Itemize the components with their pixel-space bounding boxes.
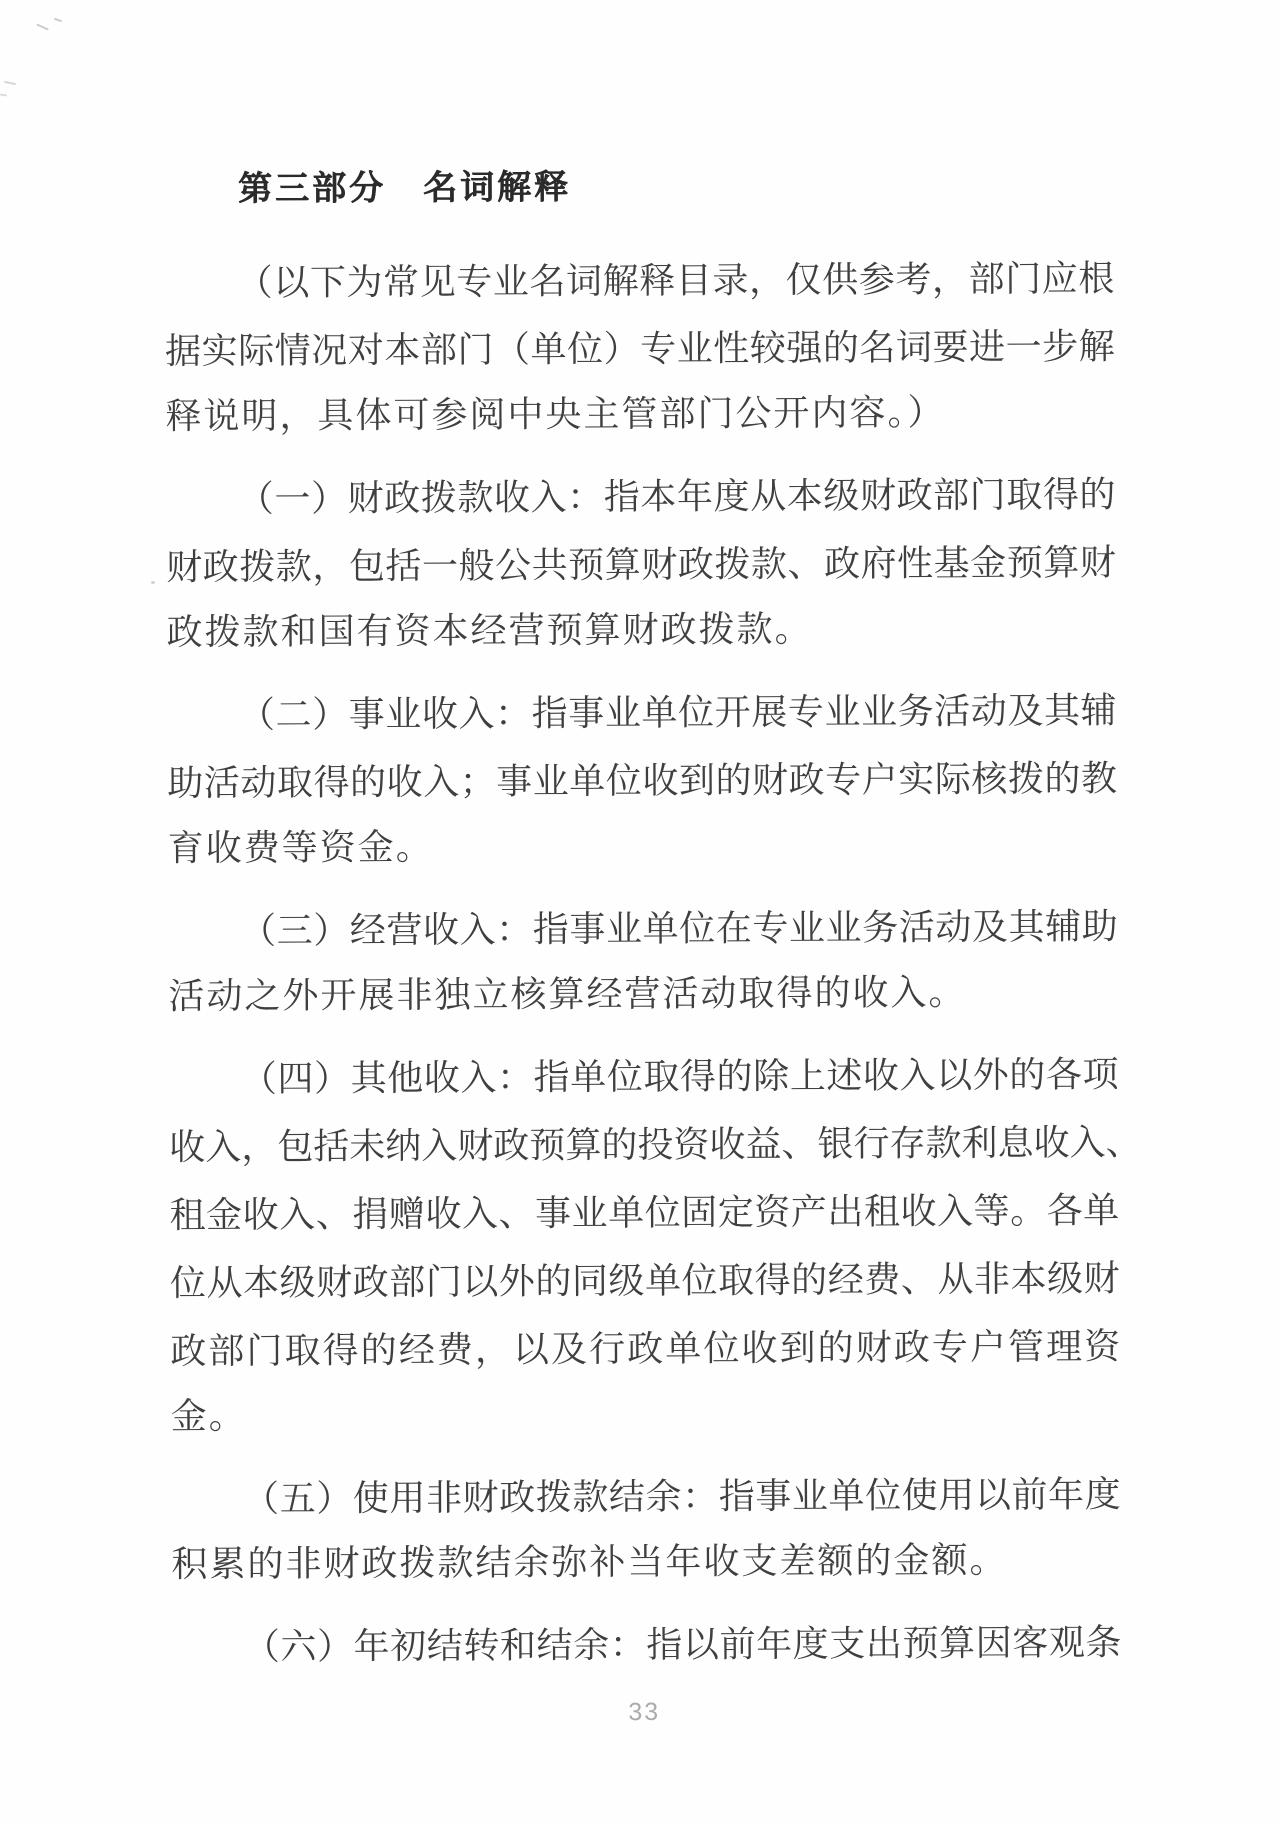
text-line: 位从本级财政部门以外的同级单位取得的经费、从非本级财: [170, 1241, 1120, 1314]
paragraph-term-3: （三）经营收入：指事业单位在专业业务活动及其辅助 活动之外开展非独立核算经营活动…: [168, 889, 1119, 1030]
text-line: 政拨款和国有资本经营预算财政拨款。: [166, 594, 1116, 667]
paragraph-intro: （以下为常见专业名词解释目录，仅供参考，部门应根 据实际情况对本部门（单位）专业…: [165, 242, 1116, 451]
document-sheet: 第三部分 名词解释 （以下为常见专业名词解释目录，仅供参考，部门应根 据实际情况…: [0, 0, 1280, 1826]
text-line: 释说明，具体可参阅中央主管部门公开内容。）: [165, 378, 1115, 451]
text-line: 收入，包括未纳入财政预算的投资收益、银行存款利息收入、: [169, 1105, 1119, 1178]
paragraph-term-2: （二）事业收入：指事业单位开展专业业务活动及其辅 助活动取得的收入；事业单位收到…: [167, 674, 1118, 883]
text-line: 育收费等资金。: [167, 809, 1117, 882]
text-line: 租金收入、捐赠收入、事业单位固定资产出租收入等。各单: [169, 1173, 1119, 1246]
page-number: 33: [4, 1695, 1280, 1731]
text-line: （六）年初结转和结余：指以前年度支出预算因客观条: [172, 1605, 1122, 1678]
text-line: （一）财政拨款收入：指本年度从本级财政部门取得的: [166, 458, 1116, 531]
text-line: 积累的非财政拨款结余弥补当年收支差额的金额。: [171, 1525, 1121, 1598]
paragraph-term-5: （五）使用非财政拨款结余：指事业单位使用以前年度 积累的非财政拨款结余弥补当年收…: [171, 1457, 1122, 1598]
text-line: （以下为常见专业名词解释目录，仅供参考，部门应根: [165, 242, 1115, 315]
paragraph-term-6: （六）年初结转和结余：指以前年度支出预算因客观条: [172, 1605, 1122, 1678]
text-line: 金。: [170, 1377, 1120, 1450]
text-line: 助活动取得的收入；事业单位收到的财政专户实际核拨的教: [167, 741, 1117, 814]
scanned-document-page: 第三部分 名词解释 （以下为常见专业名词解释目录，仅供参考，部门应根 据实际情况…: [0, 0, 1280, 1826]
text-line: 据实际情况对本部门（单位）专业性较强的名词要进一步解: [165, 310, 1115, 383]
text-line: 财政拨款，包括一般公共预算财政拨款、政府性基金预算财: [166, 526, 1116, 599]
text-line: 政部门取得的经费，以及行政单位收到的财政专户管理资: [170, 1309, 1120, 1382]
text-line: （四）其他收入：指单位取得的除上述收入以外的各项: [169, 1037, 1119, 1110]
document-body: 第三部分 名词解释 （以下为常见专业名词解释目录，仅供参考，部门应根 据实际情况…: [164, 166, 1122, 1691]
text-line: 活动之外开展非独立核算经营活动取得的收入。: [168, 957, 1118, 1030]
paragraph-term-4: （四）其他收入：指单位取得的除上述收入以外的各项 收入，包括未纳入财政预算的投资…: [169, 1037, 1121, 1450]
text-line: （五）使用非财政拨款结余：指事业单位使用以前年度: [171, 1457, 1121, 1530]
section-title: 第三部分 名词解释: [238, 166, 1114, 211]
paragraph-term-1: （一）财政拨款收入：指本年度从本级财政部门取得的 财政拨款，包括一般公共预算财政…: [166, 458, 1117, 667]
text-line: （三）经营收入：指事业单位在专业业务活动及其辅助: [168, 889, 1118, 962]
text-line: （二）事业收入：指事业单位开展专业业务活动及其辅: [167, 674, 1117, 747]
